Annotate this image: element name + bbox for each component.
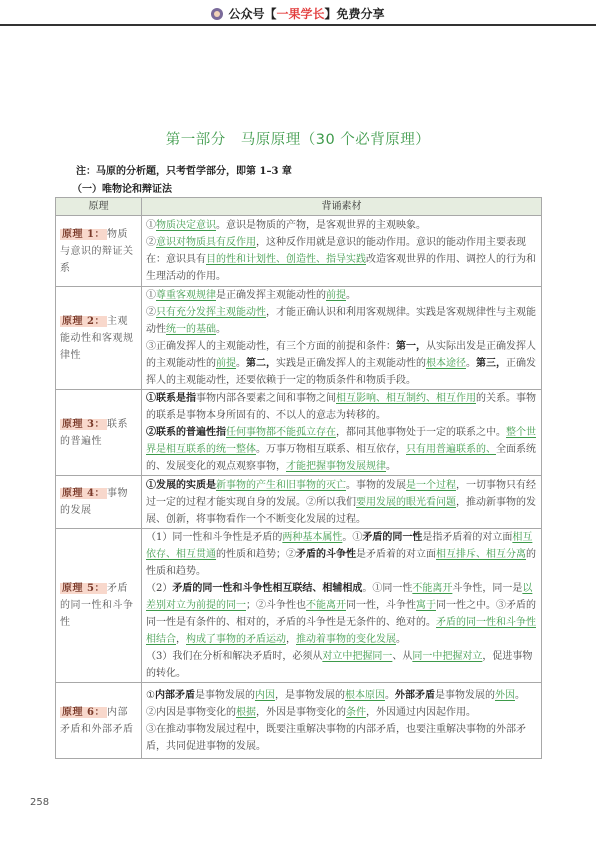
material-cell: ①尊重客观规律是正确发挥主观能动性的前提。②只有充分发挥主观能动性，才能正确认识… — [142, 287, 542, 390]
material-cell: ①发展的实质是新事物的产生和旧事物的灭亡。事物的发展是一个过程，一切事物只有经过… — [142, 476, 542, 529]
bold-term: 外部矛盾 — [395, 690, 435, 701]
principle-cell: 原理 1：物质与意识的辩证关系 — [56, 216, 142, 287]
text-segment: 是矛盾着的对立面 — [356, 549, 436, 560]
material-paragraph: ①物质决定意识。意识是物质的产物，是客观世界的主观映象。 — [146, 217, 537, 234]
text-segment: 。① — [342, 532, 362, 543]
text-segment: ③在推动事物发展过程中，既要注重解决事物的内部矛盾，也要注重解决事物的外部矛盾，… — [146, 724, 526, 752]
text-segment: 。 — [396, 634, 406, 645]
key-phrase: 是一个过程 — [406, 480, 456, 491]
text-segment: ；②斗争性也 — [246, 600, 306, 611]
key-phrase: 才能把握事物发展规律 — [286, 461, 386, 472]
principles-table: 原理 背诵素材 原理 1：物质与意识的辩证关系①物质决定意识。意识是物质的产物，… — [55, 197, 542, 759]
principle-tag: 原理 5： — [60, 583, 107, 594]
page-title: 第一部分 马原原理（30 个必背原理） — [0, 128, 596, 149]
key-phrase: 新事物的产生和旧事物的灭亡 — [216, 480, 346, 491]
bold-term: 第三， — [476, 358, 506, 369]
key-phrase: 相互影响、相互制约、相互作用 — [336, 393, 476, 404]
text-segment: ，是事物发展的 — [275, 690, 345, 701]
key-phrase: 构成了事物的矛盾运动 — [186, 634, 286, 645]
banner-prefix: 公众号 — [228, 7, 264, 21]
principle-cell: 原理 6：内部矛盾和外部矛盾 — [56, 683, 142, 759]
table-header-row: 原理 背诵素材 — [56, 198, 542, 216]
top-banner: 公众号【一果学长】免费分享 — [0, 0, 596, 26]
key-phrase: 只有用普遍联系的、 — [406, 444, 496, 455]
table-row: 原理 5：矛盾的同一性和斗争性（1）同一性和斗争性是矛盾的两种基本属性。①矛盾的… — [56, 529, 542, 683]
text-segment: 是正确发挥主观能动性的 — [216, 290, 326, 301]
key-phrase: 外因 — [495, 690, 515, 701]
material-paragraph: ①联系是指事物内部各要素之间和事物之间相互影响、相互制约、相互作用的关系。事物的… — [146, 390, 537, 424]
material-cell: ①内部矛盾是事物发展的内因，是事物发展的根本原因。外部矛盾是事物发展的外因。②内… — [142, 683, 542, 759]
key-phrase: 两种基本属性 — [282, 532, 342, 543]
text-segment: ②内因是事物变化的 — [146, 707, 236, 718]
principle-tag: 原理 2： — [60, 316, 107, 327]
text-segment: （2） — [146, 583, 172, 594]
key-phrase: 不能离开 — [412, 583, 452, 594]
text-segment: 同一性，斗争性 — [346, 600, 416, 611]
principle-cell: 原理 3：联系的普遍性 — [56, 390, 142, 476]
bold-term: ①发展的实质是 — [146, 480, 216, 491]
principle-tag: 原理 3： — [60, 419, 107, 430]
header-material: 背诵素材 — [142, 198, 542, 216]
text-segment: 实践是正确发挥人的主观能动性的 — [276, 358, 426, 369]
text-segment: 事物内部各要素之间和事物之间 — [196, 393, 336, 404]
principle-cell: 原理 5：矛盾的同一性和斗争性 — [56, 529, 142, 683]
bold-term: 矛盾的同一性 — [362, 532, 422, 543]
principle-cell: 原理 2：主观能动性和客观规律性 — [56, 287, 142, 390]
bold-term: 第一， — [396, 341, 426, 352]
text-segment: ① — [146, 690, 155, 701]
text-segment: ① — [146, 290, 156, 301]
material-cell: （1）同一性和斗争性是矛盾的两种基本属性。①矛盾的同一性是指矛盾着的对立面相互依… — [142, 529, 542, 683]
text-segment: ① — [146, 220, 156, 231]
text-segment: 是指矛盾着的对立面 — [422, 532, 512, 543]
material-paragraph: ③在推动事物发展过程中，既要注重解决事物的内部矛盾，也要注重解决事物的外部矛盾，… — [146, 721, 537, 755]
key-phrase: 根据 — [236, 707, 256, 718]
bold-term: 矛盾的同一性和斗争性相互联结、相辅相成 — [172, 583, 362, 594]
material-paragraph: ③正确发挥人的主观能动性，有三个方面的前提和条件：第一，从实际出发是正确发挥人的… — [146, 338, 537, 389]
key-phrase: 不能离开 — [306, 600, 346, 611]
material-paragraph: （1）同一性和斗争性是矛盾的两种基本属性。①矛盾的同一性是指矛盾着的对立面相互依… — [146, 529, 537, 580]
key-phrase: 物质决定意识 — [156, 220, 216, 231]
key-phrase: 前提 — [216, 358, 236, 369]
text-segment: 。意识是物质的产物，是客观世界的主观映象。 — [216, 220, 426, 231]
text-segment: 。 — [386, 461, 396, 472]
text-segment: 、从 — [392, 651, 412, 662]
text-segment: 。 — [385, 690, 395, 701]
table-row: 原理 1：物质与意识的辩证关系①物质决定意识。意识是物质的产物，是客观世界的主观… — [56, 216, 542, 287]
text-segment: 。①同一性 — [362, 583, 412, 594]
text-segment: 。 — [515, 690, 525, 701]
text-segment: ③正确发挥人的主观能动性，有三个方面的前提和条件： — [146, 341, 396, 352]
text-segment: 斗争性，同一是 — [452, 583, 522, 594]
text-segment: ② — [146, 307, 156, 318]
table-row: 原理 2：主观能动性和客观规律性①尊重客观规律是正确发挥主观能动性的前提。②只有… — [56, 287, 542, 390]
material-paragraph: ②意识对物质具有反作用，这种反作用就是意识的能动作用。意识的能动作用主要表现在：… — [146, 234, 537, 285]
key-phrase: 要用发展的眼光看问题 — [356, 497, 456, 508]
key-phrase: 条件 — [346, 707, 366, 718]
banner-text: 公众号【一果学长】免费分享 — [0, 5, 596, 22]
bracket-close: 】 — [325, 7, 337, 21]
banner-brand: 一果学长 — [276, 7, 324, 21]
material-paragraph: ①尊重客观规律是正确发挥主观能动性的前提。 — [146, 287, 537, 304]
text-segment: 是事物发展的 — [435, 690, 495, 701]
material-paragraph: ②只有充分发挥主观能动性，才能正确认识和利用客观规律。实践是客观规律性与主观能动… — [146, 304, 537, 338]
table-row: 原理 6：内部矛盾和外部矛盾①内部矛盾是事物发展的内因，是事物发展的根本原因。外… — [56, 683, 542, 759]
text-segment: 。 — [466, 358, 476, 369]
bold-term: 矛盾的斗争性 — [296, 549, 356, 560]
material-paragraph: （3）我们在分析和解决矛盾时，必须从对立中把握同一、从同一中把握对立，促进事物的… — [146, 648, 537, 682]
text-segment: ，外因是事物变化的 — [256, 707, 346, 718]
key-phrase: 任何事物都不能孤立存在 — [226, 427, 336, 438]
material-paragraph: ①发展的实质是新事物的产生和旧事物的灭亡。事物的发展是一个过程，一切事物只有经过… — [146, 477, 537, 528]
principle-cell: 原理 4：事物的发展 — [56, 476, 142, 529]
key-phrase: 只有充分发挥主观能动性 — [156, 307, 266, 318]
text-segment: ② — [146, 237, 156, 248]
text-segment: 。 — [346, 290, 356, 301]
banner-divider — [0, 24, 596, 26]
bold-term: ②联系的普遍性指 — [146, 427, 226, 438]
page-number: 258 — [30, 797, 49, 808]
text-segment: ， — [176, 634, 186, 645]
key-phrase: 目的性和计划性、创造性、指导实践 — [206, 254, 366, 265]
key-phrase: 内因 — [255, 690, 275, 701]
key-phrase: 尊重客观规律 — [156, 290, 216, 301]
text-segment: 的性质和趋势；② — [216, 549, 296, 560]
bracket-open: 【 — [264, 7, 276, 21]
bold-term: 内部矛盾 — [155, 690, 195, 701]
material-paragraph: ①内部矛盾是事物发展的内因，是事物发展的根本原因。外部矛盾是事物发展的外因。 — [146, 687, 537, 704]
text-segment: ，外因通过内因起作用。 — [366, 707, 476, 718]
bold-term: ①联系是指 — [146, 393, 196, 404]
section-heading: （一）唯物论和辩证法 — [72, 180, 172, 195]
key-phrase: 前提 — [326, 290, 346, 301]
text-segment: （3）我们在分析和解决矛盾时，必须从 — [146, 651, 322, 662]
material-paragraph: （2）矛盾的同一性和斗争性相互联结、相辅相成。①同一性不能离开斗争性，同一是以差… — [146, 580, 537, 648]
key-phrase: 对立中把握同一 — [322, 651, 392, 662]
text-segment: （1）同一性和斗争性是矛盾的 — [146, 532, 282, 543]
material-cell: ①物质决定意识。意识是物质的产物，是客观世界的主观映象。②意识对物质具有反作用，… — [142, 216, 542, 287]
key-phrase: 同一中把握对立 — [412, 651, 482, 662]
principle-tag: 原理 1： — [60, 229, 107, 240]
text-segment: 。 — [216, 324, 226, 335]
text-segment: 。万事万物相互联系、相互依存， — [256, 444, 406, 455]
principle-tag: 原理 6： — [60, 707, 107, 718]
text-segment: ，都同其他事物处于一定的联系之中。 — [336, 427, 506, 438]
key-phrase: 意识对物质具有反作用 — [156, 237, 256, 248]
text-segment: 是事物发展的 — [195, 690, 255, 701]
key-phrase: 推动着事物的变化发展 — [296, 634, 396, 645]
material-paragraph: ②联系的普遍性指任何事物都不能孤立存在，都同其他事物处于一定的联系之中。整个世界… — [146, 424, 537, 475]
key-phrase: 相互排斥、相互分离 — [436, 549, 526, 560]
table-row: 原理 3：联系的普遍性①联系是指事物内部各要素之间和事物之间相互影响、相互制约、… — [56, 390, 542, 476]
text-segment: 。 — [236, 358, 246, 369]
material-cell: ①联系是指事物内部各要素之间和事物之间相互影响、相互制约、相互作用的关系。事物的… — [142, 390, 542, 476]
key-phrase: 统一的基础 — [166, 324, 216, 335]
key-phrase: 根本原因 — [345, 690, 385, 701]
principle-tag: 原理 4： — [60, 488, 107, 499]
bold-term: 第二， — [246, 358, 276, 369]
key-phrase: 寓于 — [416, 600, 436, 611]
material-paragraph: ②内因是事物变化的根据，外因是事物变化的条件，外因通过内因起作用。 — [146, 704, 537, 721]
banner-suffix: 免费分享 — [337, 7, 385, 21]
avatar-icon — [211, 8, 223, 20]
header-principle: 原理 — [56, 198, 142, 216]
text-segment: 。事物的发展 — [346, 480, 406, 491]
note-text: 注：马原的分析题，只考哲学部分，即第 1–3 章 — [76, 162, 292, 177]
key-phrase: 根本途径 — [426, 358, 466, 369]
text-segment: ， — [286, 634, 296, 645]
table-row: 原理 4：事物的发展①发展的实质是新事物的产生和旧事物的灭亡。事物的发展是一个过… — [56, 476, 542, 529]
